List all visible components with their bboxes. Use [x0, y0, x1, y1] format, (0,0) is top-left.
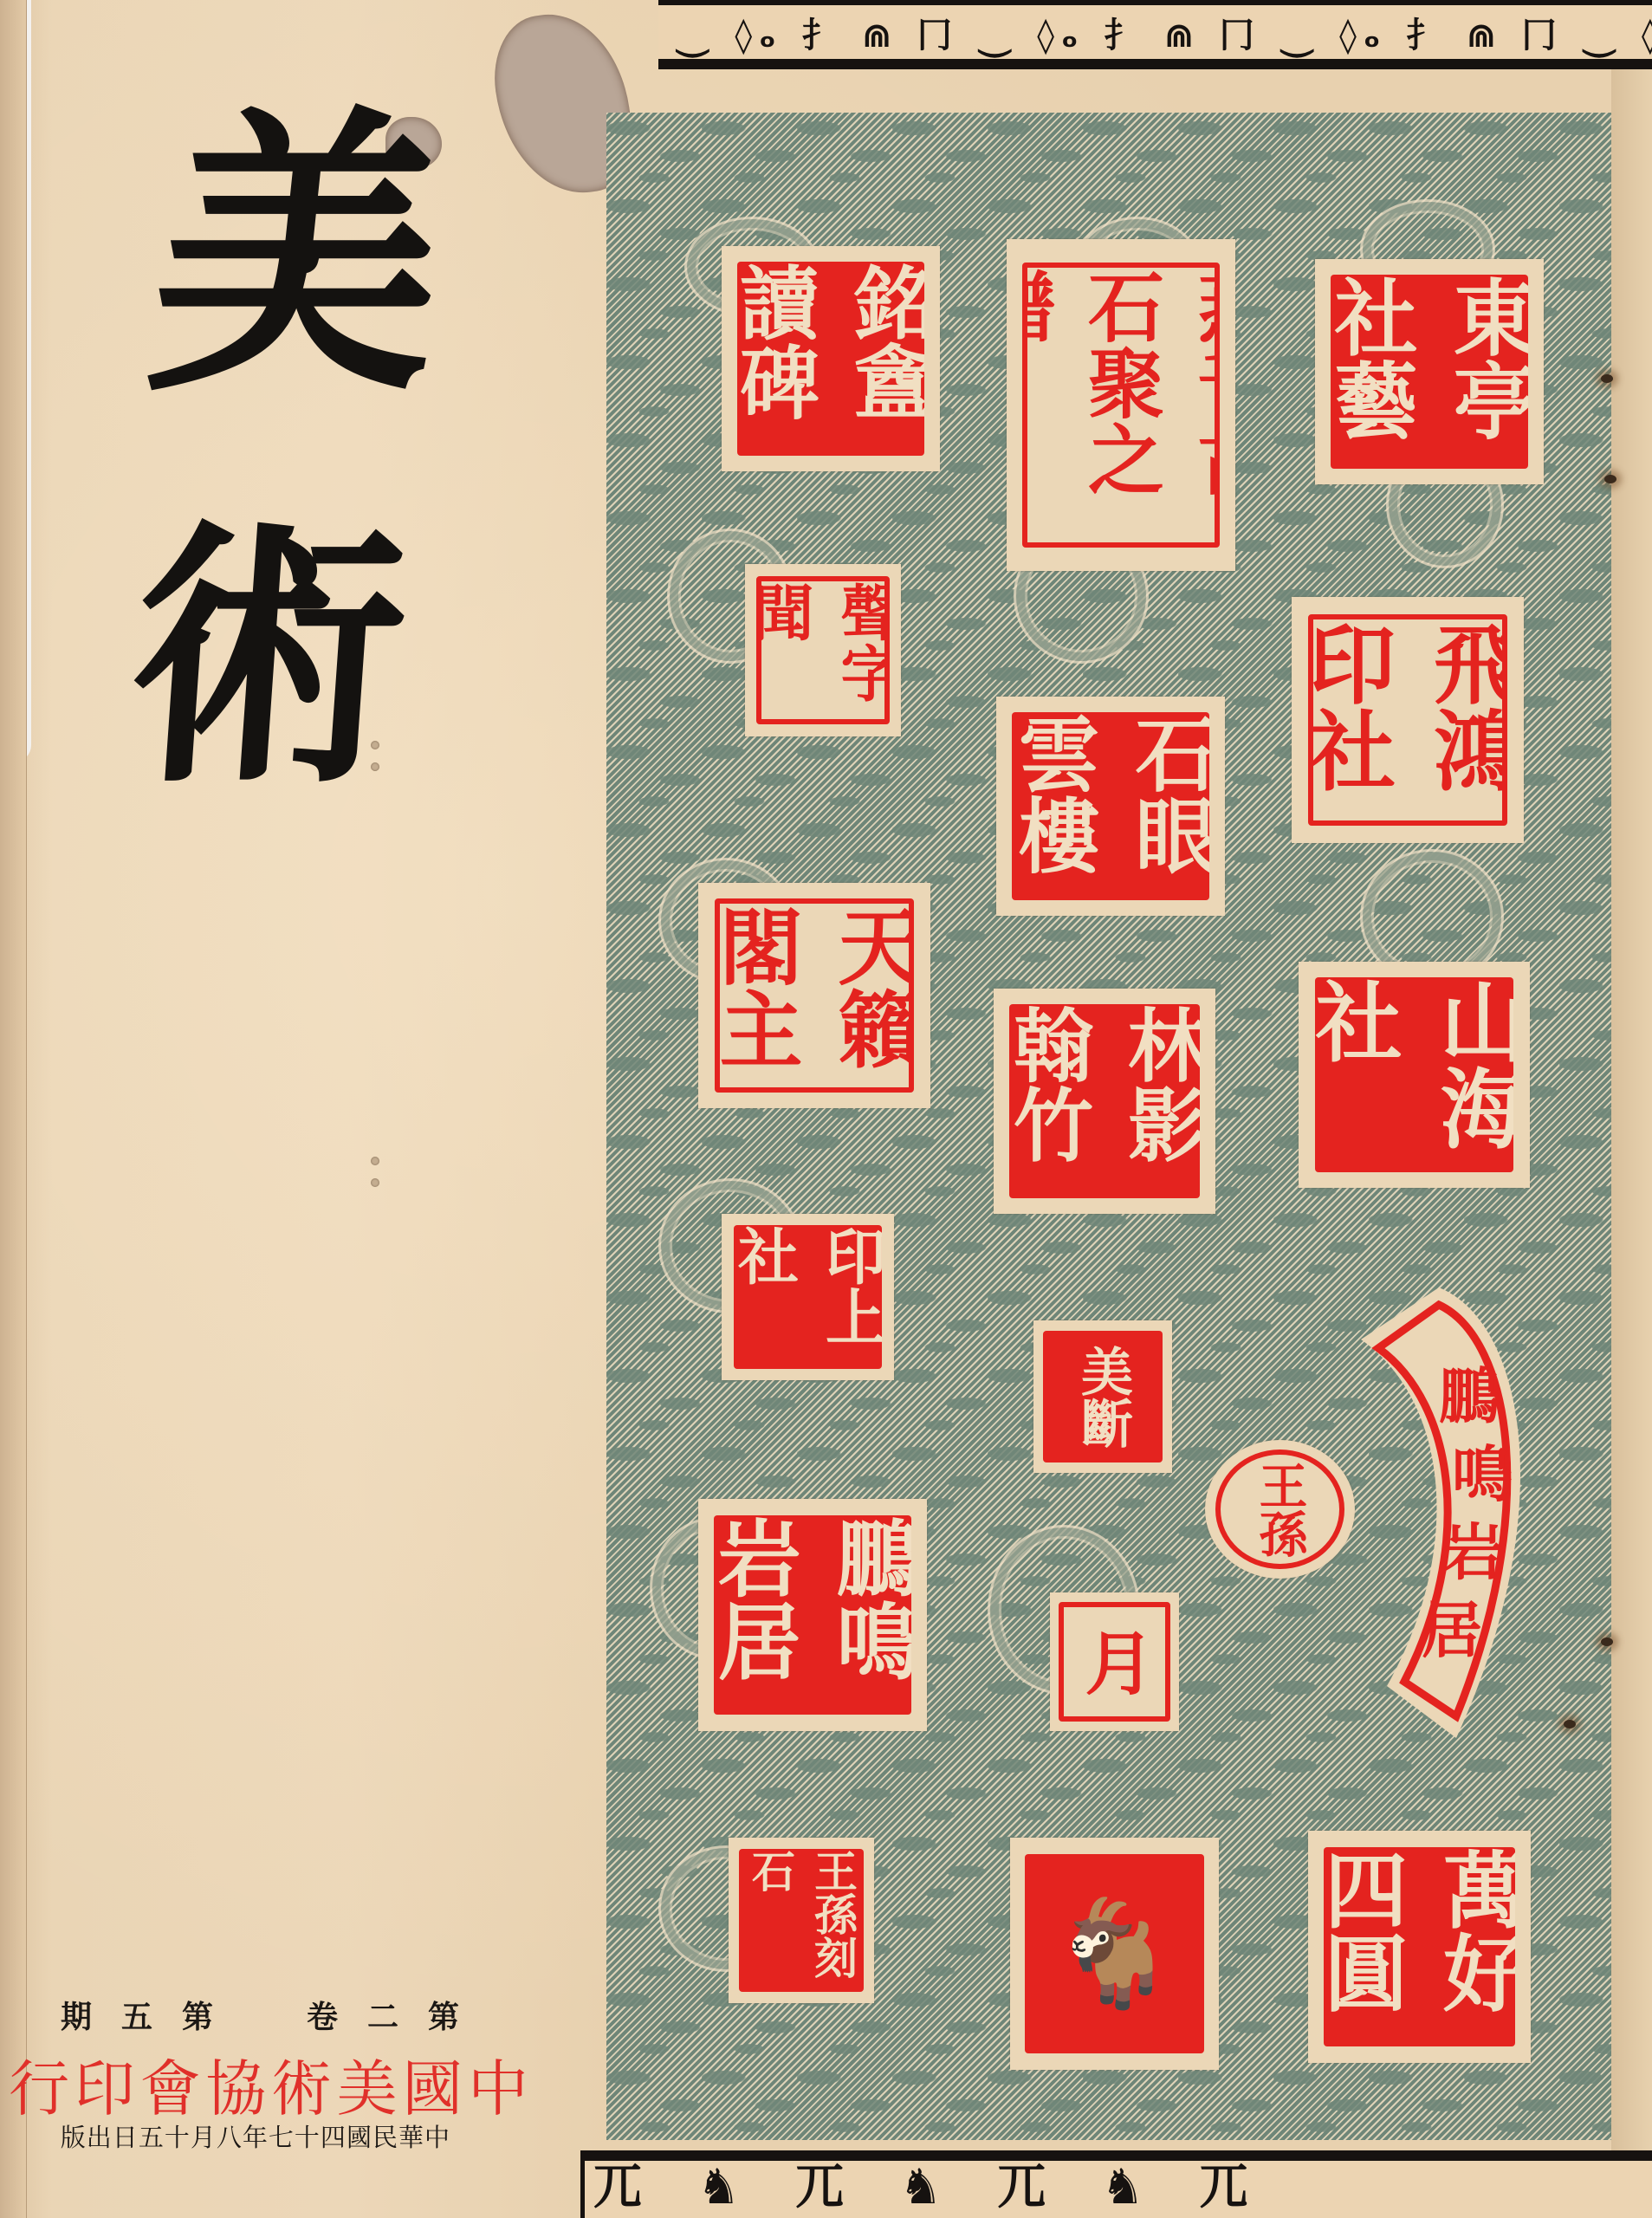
seal-n: 鵬鳴岩居 — [698, 1499, 927, 1731]
title-char-mei: 美 — [140, 106, 457, 406]
seal-p: 王孫刻石 — [729, 1838, 874, 2003]
stain-drop — [371, 1178, 379, 1187]
seal-r: 萬好四圓 — [1308, 1831, 1531, 2063]
date-char: 十 — [165, 2118, 191, 2154]
publisher-name: 中 國 美 術 協 會 印 行 — [9, 2040, 528, 2128]
seal-i-face: 林影翰竹 — [1009, 1004, 1200, 1198]
date-char: 七 — [269, 2118, 295, 2154]
date-char: 八 — [217, 2118, 243, 2154]
stain-drop — [371, 1157, 379, 1165]
date-char: 版 — [61, 2118, 87, 2154]
seal-r-face: 萬好四圓 — [1324, 1847, 1515, 2047]
seal-f-text: 石眼雲樓 — [1012, 712, 1208, 901]
vol-char: 期 — [61, 1993, 92, 2037]
seal-i-text: 林影翰竹 — [1009, 1004, 1200, 1198]
binding-hole — [1601, 374, 1613, 383]
date-char: 年 — [243, 2118, 269, 2154]
seal-r-text: 萬好四圓 — [1324, 1847, 1515, 2047]
seal-c-face: 東亭社藝 — [1331, 275, 1527, 469]
seal-k-face: 美斷 — [1043, 1331, 1163, 1462]
seal-b: 燕千古石聚之譜 — [1007, 239, 1235, 571]
date-char: 民 — [373, 2118, 398, 2154]
date-char: 中 — [424, 2118, 450, 2154]
spacer — [243, 1993, 277, 2037]
date-char: 日 — [113, 2118, 139, 2154]
seal-m-text-4: 居 — [1422, 1594, 1482, 1666]
seal-d: 聲字聞 — [745, 564, 901, 736]
vol-char: 第 — [428, 1993, 459, 2037]
goat-icon: 🐐 — [1050, 1892, 1179, 2015]
seal-n-face: 鵬鳴岩居 — [714, 1515, 910, 1715]
seal-j-face: 印上社 — [734, 1225, 882, 1368]
vol-char: 第 — [182, 1993, 213, 2037]
date-char: 出 — [87, 2118, 113, 2154]
seal-o-text: 月 — [1065, 1627, 1164, 1696]
date-char: 十 — [295, 2118, 321, 2154]
publisher-char: 美 — [337, 2040, 398, 2128]
date-char: 四 — [321, 2118, 347, 2154]
seal-h-text: 山海社 — [1315, 977, 1514, 1171]
oracle-glyph-band: ⏝ ◊ₒ ⺘ ⋒ 冂 ⏝ ◊ₒ ⺘ ⋒ 冂 ⏝ ◊ₒ ⺘ ⋒ 冂 ⏝ ◊ₒ ⺘ … — [658, 8, 1652, 57]
seal-m-text-1: 鵬 — [1439, 1360, 1500, 1432]
date-char: 月 — [191, 2118, 217, 2154]
seal-l-text: 王孫 — [1246, 1461, 1315, 1558]
seal-d-face: 聲字聞 — [756, 576, 891, 724]
seal-e-face: 飛鴻印社 — [1308, 614, 1508, 826]
seal-l-round: 王孫 — [1205, 1440, 1355, 1579]
seal-b-text: 燕千古石聚之譜 — [1022, 268, 1219, 542]
seal-g-text: 天籟閣主 — [715, 904, 915, 1087]
publisher-char: 協 — [205, 2040, 266, 2128]
seal-m-crescent: 鵬 鳴 岩 居 — [1335, 1287, 1547, 1738]
seal-m-text-3: 岩 — [1443, 1516, 1504, 1588]
seal-f-face: 石眼雲樓 — [1012, 712, 1208, 901]
seal-c-text: 東亭社藝 — [1331, 275, 1527, 469]
date-char: 國 — [347, 2118, 373, 2154]
publication-date: 中 華 民 國 四 十 七 年 八 月 十 五 日 出 版 — [69, 2118, 450, 2154]
goat-glyph-band: 兀 ♞ 兀 ♞ 兀 ♞ 兀 — [585, 2161, 1267, 2215]
top-decorative-border: ⏝ ◊ₒ ⺘ ⋒ 冂 ⏝ ◊ₒ ⺘ ⋒ 冂 ⏝ ◊ₒ ⺘ ⋒ 冂 ⏝ ◊ₒ ⺘ … — [658, 0, 1652, 69]
seal-b-face: 燕千古石聚之譜 — [1022, 263, 1219, 548]
seal-o-face: 月 — [1059, 1602, 1169, 1722]
publisher-char: 印 — [75, 2040, 135, 2128]
seal-n-text: 鵬鳴岩居 — [714, 1515, 910, 1715]
date-char: 華 — [398, 2118, 424, 2154]
seal-p-text: 王孫刻石 — [739, 1849, 864, 1991]
seal-e: 飛鴻印社 — [1292, 597, 1524, 843]
seal-f: 石眼雲樓 — [996, 697, 1225, 916]
date-char: 五 — [139, 2118, 165, 2154]
publisher-char: 會 — [139, 2040, 200, 2128]
publisher-char: 行 — [9, 2040, 69, 2128]
seal-j: 印上社 — [722, 1214, 894, 1380]
publisher-char: 術 — [271, 2040, 332, 2128]
binding-hole — [1601, 1638, 1613, 1646]
seal-o: 月 — [1050, 1592, 1179, 1731]
seal-d-text: 聲字聞 — [756, 581, 891, 719]
seal-a-text: 銘盦讀碑 — [737, 262, 925, 456]
seal-e-text: 飛鴻印社 — [1308, 619, 1508, 820]
title-char-shu: 術 — [120, 520, 417, 797]
seal-m-text-2: 鳴 — [1452, 1438, 1513, 1510]
seal-g: 天籟閣主 — [698, 883, 930, 1108]
seal-q-face: 🐐 — [1025, 1854, 1204, 2054]
volume-issue: 第 二 卷 第 五 期 — [61, 1993, 459, 2037]
seal-k-text: 美斷 — [1066, 1345, 1140, 1449]
publisher-char: 國 — [402, 2040, 463, 2128]
seal-g-face: 天籟閣主 — [715, 898, 915, 1093]
bottom-decorative-border: 兀 ♞ 兀 ♞ 兀 ♞ 兀 — [580, 2150, 1652, 2218]
seal-k: 美斷 — [1033, 1320, 1172, 1473]
seal-c: 東亭社藝 — [1315, 259, 1544, 484]
magazine-cover: 美 術 ⏝ ◊ₒ ⺘ ⋒ 冂 ⏝ ◊ₒ ⺘ ⋒ 冂 ⏝ ◊ₒ ⺘ ⋒ 冂 ⏝ ◊… — [0, 0, 1652, 2218]
seal-a-face: 銘盦讀碑 — [737, 262, 925, 456]
vol-char: 五 — [121, 1993, 152, 2037]
seal-l-face: 王孫 — [1215, 1449, 1344, 1569]
vol-char: 卷 — [307, 1993, 338, 2037]
binding-hole — [1604, 475, 1616, 483]
seal-a: 銘盦讀碑 — [722, 246, 940, 471]
seal-q-goat: 🐐 — [1010, 1838, 1219, 2070]
binding-hole — [1564, 1720, 1576, 1728]
seal-h: 山海社 — [1299, 962, 1530, 1188]
publisher-char: 中 — [468, 2040, 528, 2128]
right-page-edge — [1611, 0, 1652, 2218]
vol-char: 二 — [367, 1993, 398, 2037]
spine-edge — [0, 0, 27, 2218]
seal-h-face: 山海社 — [1315, 977, 1514, 1171]
seal-j-text: 印上社 — [734, 1225, 882, 1368]
seal-p-face: 王孫刻石 — [739, 1849, 865, 1991]
seal-i: 林影翰竹 — [994, 989, 1215, 1214]
